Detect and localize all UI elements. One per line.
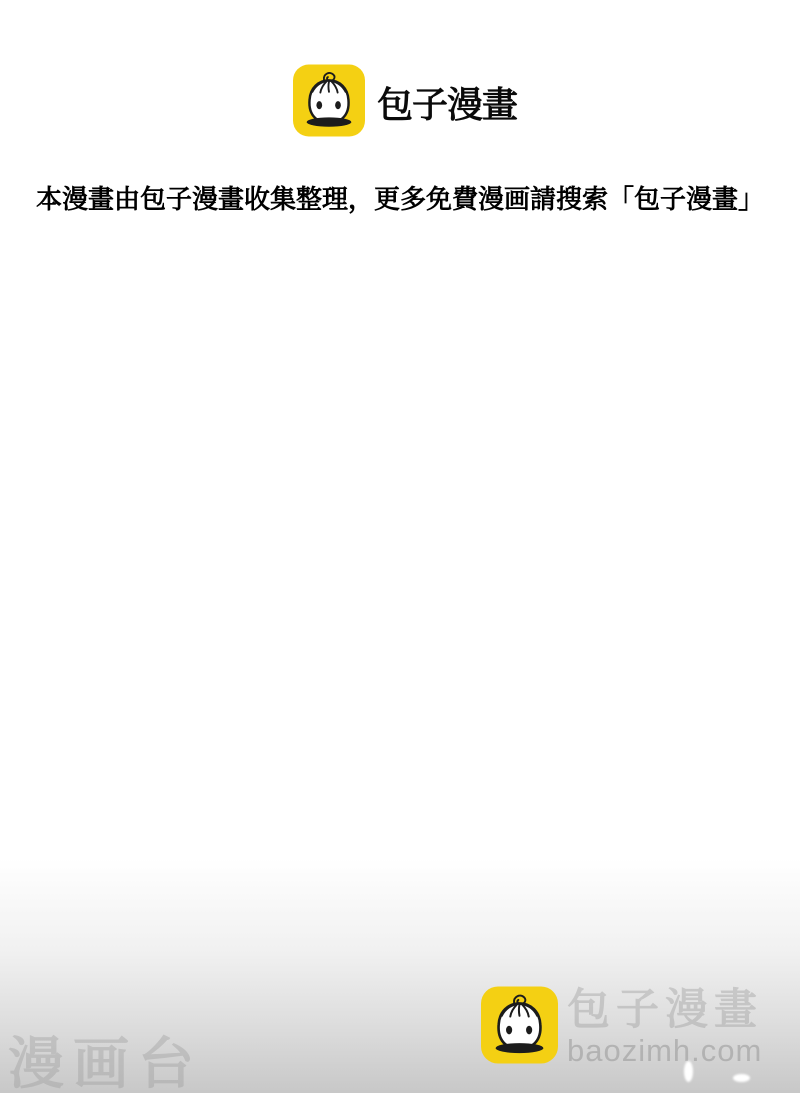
baozi-logo-icon (293, 64, 365, 137)
white-speck (684, 1061, 693, 1082)
footer-brand: 包子漫畫 baozimh.com (481, 986, 763, 1069)
brand-title: 包子漫畫 (377, 77, 517, 128)
white-speck (733, 1074, 750, 1082)
header-brand: 包子漫畫 (293, 64, 517, 137)
footer-site-url: baozimh.com (567, 1033, 763, 1069)
baozi-logo-icon (481, 986, 558, 1064)
comic-reader-page: 包子漫畫 本漫畫由包子漫畫收集整理，更多免費漫画請搜索「包子漫畫」 漫画台 包子… (0, 0, 800, 1093)
footer-brand-title: 包子漫畫 (567, 989, 763, 1032)
footer-brand-texts: 包子漫畫 baozimh.com (567, 986, 763, 1069)
manhuatai-watermark: 漫画台 (8, 1020, 203, 1093)
collection-notice-text: 本漫畫由包子漫畫收集整理，更多免費漫画請搜索「包子漫畫」 (0, 179, 800, 216)
